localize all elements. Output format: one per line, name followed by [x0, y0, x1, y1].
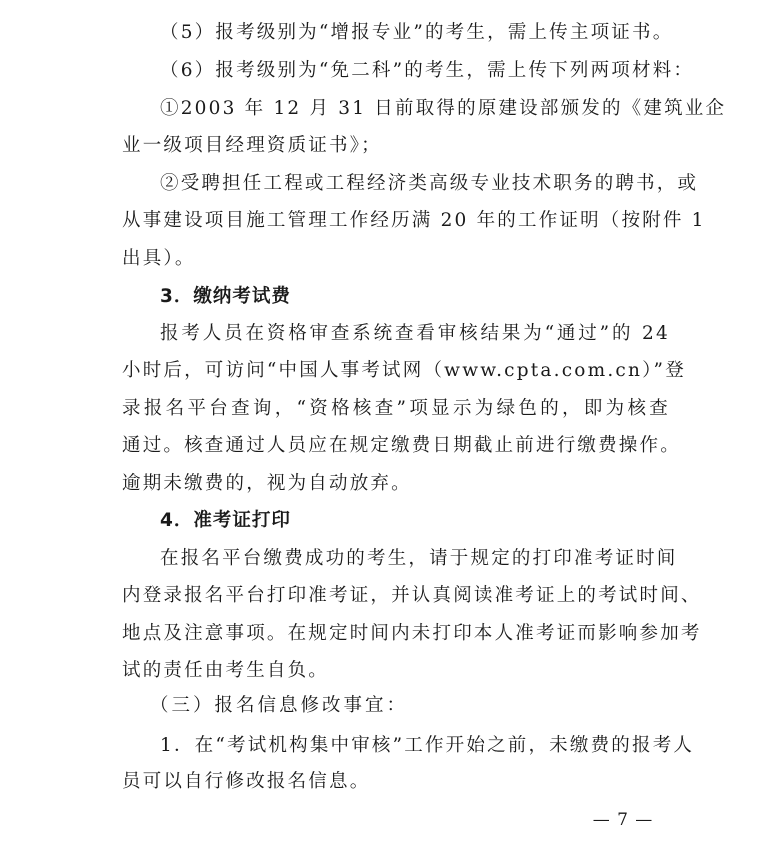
ticket-paragraph-line-3: 地点及注意事项。在规定时间内未打印本人准考证而影响参加考: [122, 621, 670, 647]
payment-paragraph-line-5: 逾期未缴费的，视为自动放弃。: [122, 471, 670, 497]
payment-paragraph-line-3: 录报名平台查询，“资格核查”项显示为绿色的，即为核查: [122, 396, 670, 422]
material-2-line-1: ②受聘担任工程或工程经济类高级专业技术职务的聘书，或: [160, 171, 670, 197]
section-heading-payment: 3．缴纳考试费: [160, 284, 670, 310]
section-heading-admission-ticket: 4．准考证打印: [160, 508, 670, 534]
document-page: （5）报考级别为“增报专业”的考生，需上传主项证书。 （6）报考级别为“免二科”…: [0, 0, 784, 850]
section-heading-info-modification: （三）报名信息修改事宜：: [150, 693, 450, 719]
ticket-paragraph-line-1: 在报名平台缴费成功的考生，请于规定的打印准考证时间: [160, 546, 670, 572]
ticket-paragraph-line-4: 试的责任由考生自负。: [122, 658, 670, 684]
material-1-line-1: ①2003 年 12 月 31 日前取得的原建设部颁发的《建筑业企: [160, 96, 670, 122]
material-2-line-2: 从事建设项目施工管理工作经历满 20 年的工作证明（按附件 1: [122, 208, 670, 234]
modification-paragraph-line-1: 1．在“考试机构集中审核”工作开始之前，未缴费的报考人: [160, 733, 670, 759]
payment-paragraph-line-1: 报考人员在资格审查系统查看审核结果为“通过”的 24: [160, 321, 670, 347]
item-5-line: （5）报考级别为“增报专业”的考生，需上传主项证书。: [160, 20, 670, 46]
payment-paragraph-line-4: 通过。核查通过人员应在规定缴费日期截止前进行缴费操作。: [122, 433, 670, 459]
page-number: — 7 —: [588, 808, 658, 832]
material-1-line-2: 业一级项目经理资质证书》；: [122, 133, 670, 159]
ticket-paragraph-line-2: 内登录报名平台打印准考证，并认真阅读准考证上的考试时间、: [122, 583, 670, 609]
item-6-line: （6）报考级别为“免二科”的考生，需上传下列两项材料：: [160, 58, 670, 84]
modification-paragraph-line-2: 员可以自行修改报名信息。: [122, 769, 670, 795]
material-2-line-3: 出具）。: [122, 246, 670, 272]
payment-paragraph-line-2: 小时后，可访问“中国人事考试网（www.cpta.com.cn）”登: [122, 358, 670, 384]
